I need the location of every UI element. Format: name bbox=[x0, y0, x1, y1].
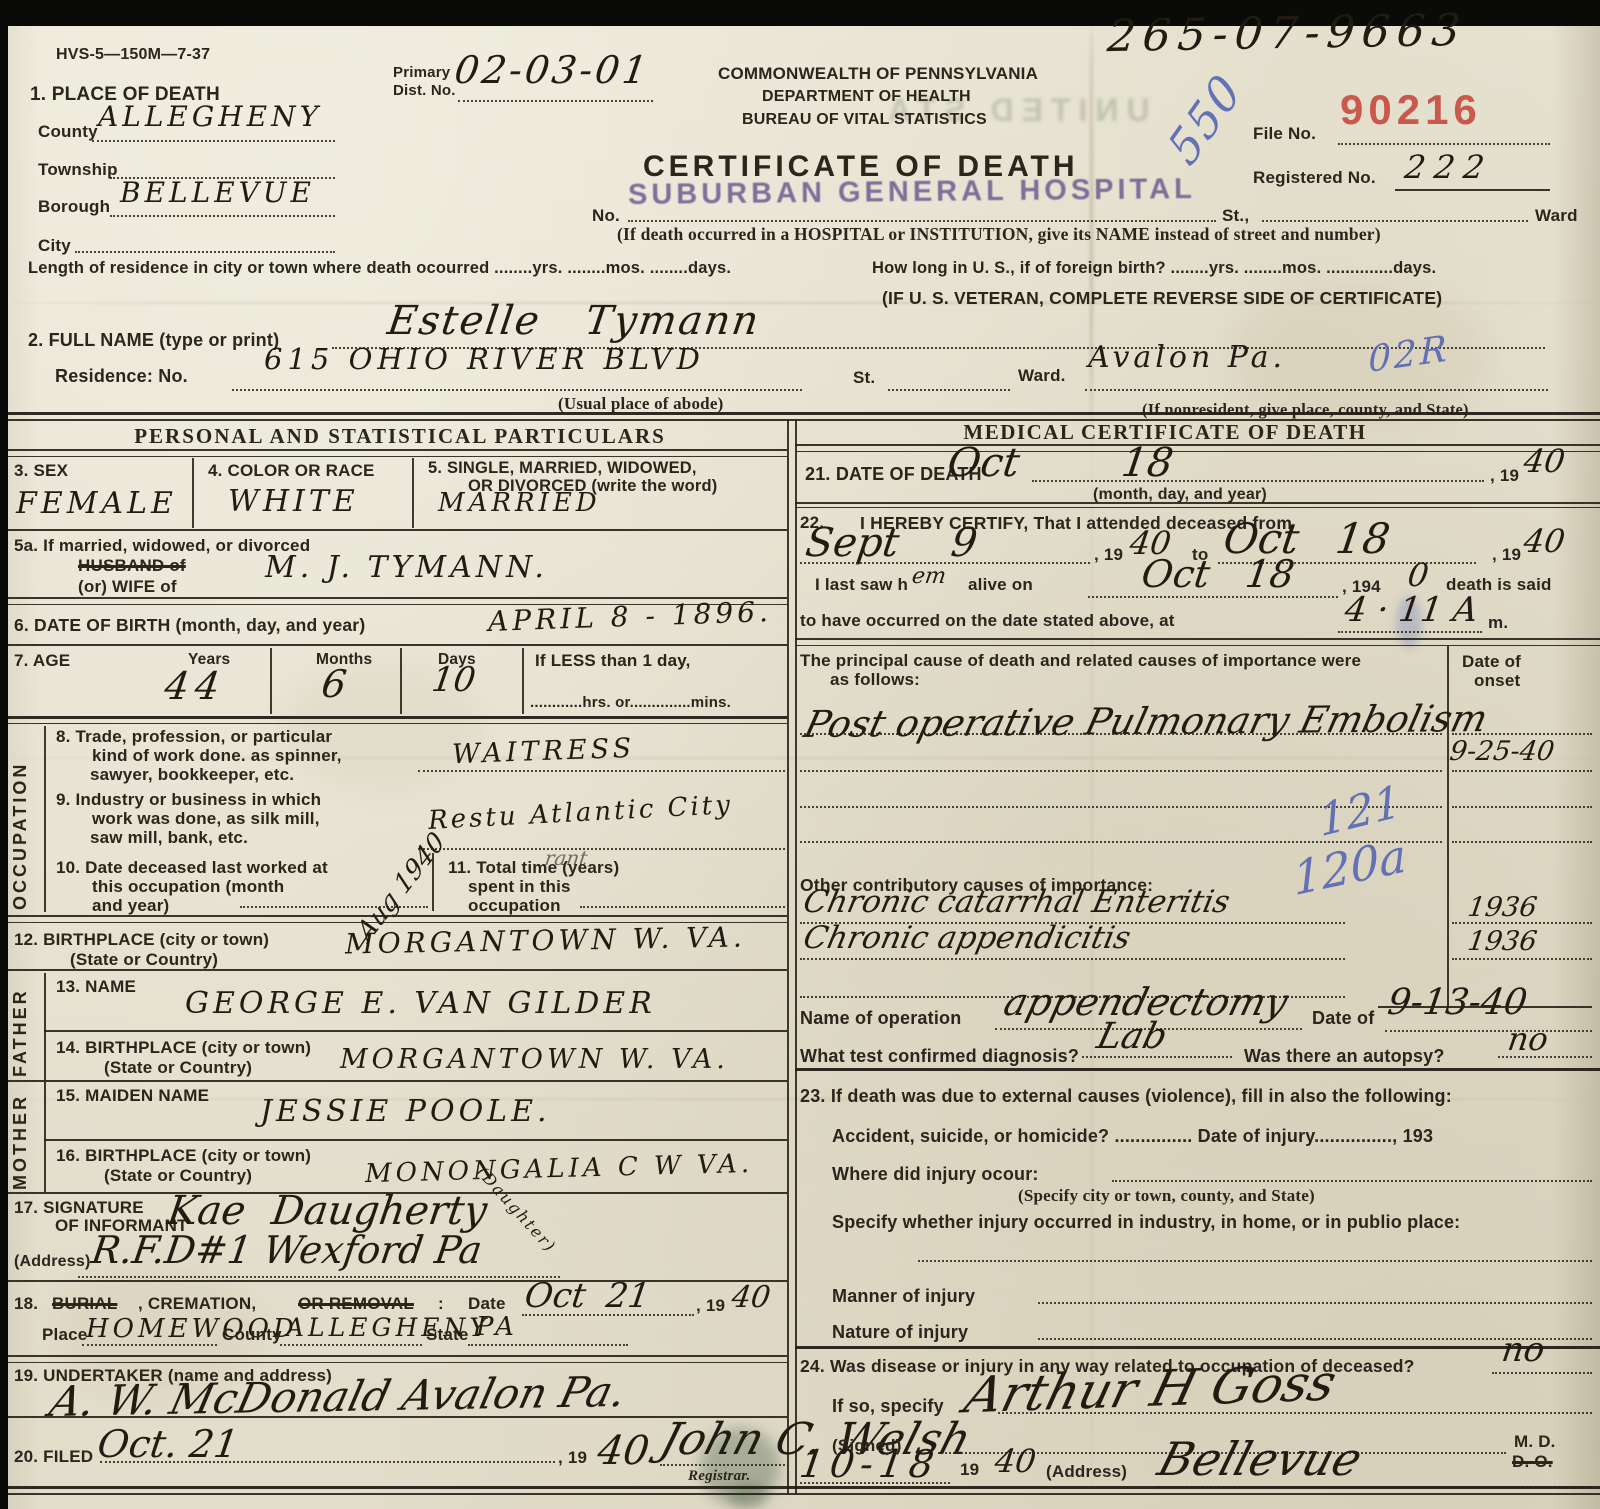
dotted-rule bbox=[800, 770, 1442, 772]
q18-county-label: County bbox=[222, 1325, 282, 1345]
borough-value: BELLEVUE bbox=[120, 176, 315, 209]
length-residence-line: Length of residence in city or town wher… bbox=[28, 259, 731, 278]
dob-label: 6. DATE OF BIRTH (month, day, and year) bbox=[14, 615, 365, 636]
hrs-mins-label: ............hrs. or..............mins. bbox=[530, 694, 731, 711]
cell-divider bbox=[270, 648, 272, 714]
q10-label-3: and year) bbox=[92, 896, 169, 916]
dotted-rule bbox=[1452, 770, 1592, 772]
dotted-rule bbox=[1082, 1056, 1232, 1058]
dotted-rule bbox=[800, 733, 1442, 735]
death-year-hand: 40 bbox=[1521, 442, 1567, 480]
q9-label-2: work was done, as silk mill, bbox=[92, 809, 320, 829]
dotted-rule bbox=[418, 848, 785, 850]
rule bbox=[795, 1346, 1600, 1349]
rule bbox=[8, 1080, 787, 1082]
burial-date-value: Oct 21 bbox=[522, 1276, 652, 1316]
rule bbox=[795, 1068, 1600, 1071]
informant-address-value: R.F.D#1 Wexford Pa bbox=[89, 1228, 485, 1272]
occupation-bracket bbox=[44, 726, 46, 912]
cause-label-1: The principal cause of death and related… bbox=[800, 651, 1361, 671]
rule bbox=[44, 1139, 787, 1141]
onset-label-2: onset bbox=[1474, 671, 1520, 691]
rule bbox=[8, 716, 787, 719]
q8-label-1: 8. Trade, profession, or particular bbox=[56, 727, 332, 747]
husband-of-label-struck: HUSBAND of bbox=[78, 556, 186, 576]
operation-label: Name of operation bbox=[800, 1008, 961, 1029]
personal-section-title: PERSONAL AND STATISTICAL PARTICULARS bbox=[130, 424, 670, 449]
strike-rule bbox=[1378, 1006, 1592, 1008]
ward-label: Ward bbox=[1535, 206, 1578, 226]
q20-label: 20. FILED bbox=[14, 1447, 93, 1467]
sign-date-value: 10-18 bbox=[797, 1442, 943, 1486]
dotted-rule bbox=[75, 251, 335, 253]
autopsy-label: Was there an autopsy? bbox=[1244, 1046, 1445, 1067]
rule bbox=[795, 645, 1600, 646]
primary-dist-value: 02-03-01 bbox=[452, 48, 653, 92]
township-label: Township bbox=[38, 160, 118, 180]
rule bbox=[795, 502, 1600, 504]
rule bbox=[8, 969, 787, 971]
sign-year-print: 19 bbox=[960, 1460, 979, 1480]
dotted-rule bbox=[418, 770, 785, 772]
where-injury-note: (Specify city or town, county, and State… bbox=[1018, 1186, 1315, 1206]
q23-label: 23. If death was due to external causes … bbox=[800, 1086, 1452, 1107]
burial-year-hand: 40 bbox=[730, 1280, 773, 1315]
md-label: M. D. bbox=[1514, 1432, 1556, 1452]
full-name-label: 2. FULL NAME (type or print) bbox=[28, 330, 279, 351]
residence-label: Residence: No. bbox=[55, 366, 188, 387]
father-birthplace-value: MORGANTOWN W. VA. bbox=[340, 1044, 729, 1075]
no-label: No. bbox=[592, 206, 620, 226]
dotted-rule bbox=[800, 958, 1345, 960]
q11-label-3: occupation bbox=[468, 896, 561, 916]
q14-label-2: (State or Country) bbox=[104, 1058, 252, 1078]
dotted-rule bbox=[1452, 841, 1592, 843]
q9-label-1: 9. Industry or business in which bbox=[56, 790, 321, 810]
primary-dist-label: Primary bbox=[393, 64, 450, 81]
spouse-value: M. J. TYMANN. bbox=[265, 550, 548, 585]
cell-divider bbox=[192, 458, 194, 528]
ward-value: Avalon Pa. bbox=[1088, 340, 1286, 375]
trade-value: WAITRESS bbox=[452, 733, 636, 770]
sex-label: 3. SEX bbox=[14, 461, 68, 481]
form-code: HVS-5—150M—7-37 bbox=[56, 46, 210, 64]
rule bbox=[8, 915, 787, 917]
rule bbox=[1395, 189, 1550, 191]
dotted-rule bbox=[1112, 1180, 1592, 1182]
test-label: What test confirmed diagnosis? bbox=[800, 1046, 1079, 1067]
where-injury-label: Where did injury ocour: bbox=[832, 1164, 1039, 1185]
cell-divider bbox=[400, 648, 402, 714]
to-year-hand: 40 bbox=[1521, 522, 1567, 560]
sex-value: FEMALE bbox=[16, 486, 177, 521]
contributory-2-year: 1936 bbox=[1466, 926, 1539, 957]
contributory-1-value: Chronic catarrhal Enteritis bbox=[800, 884, 1233, 920]
autopsy-value: no bbox=[1505, 1020, 1550, 1058]
q11-label-1: 11. Total time (years) bbox=[448, 858, 619, 878]
dotted-rule bbox=[78, 1276, 560, 1278]
rule bbox=[795, 507, 1600, 508]
q11-label-2: spent in this bbox=[468, 877, 571, 897]
bureau-line: BUREAU OF VITAL STATISTICS bbox=[742, 111, 987, 129]
dotted-rule bbox=[1498, 1056, 1592, 1058]
q10-label-1: 10. Date deceased last worked at bbox=[56, 858, 328, 878]
registrar-label: Registrar. bbox=[688, 1468, 750, 1485]
nonresident-note: (If nonresident, give place, county, and… bbox=[1142, 400, 1469, 420]
q14-label-1: 14. BIRTHPLACE (city or town) bbox=[56, 1038, 311, 1058]
st-label-2: St. bbox=[853, 368, 875, 388]
age-label: 7. AGE bbox=[14, 651, 70, 671]
q16-label-1: 16. BIRTHPLACE (city or town) bbox=[56, 1146, 311, 1166]
rule bbox=[8, 449, 787, 451]
dotted-rule bbox=[628, 220, 1216, 222]
city-label: City bbox=[38, 236, 71, 256]
q18-colon: : bbox=[438, 1294, 444, 1314]
death-certificate-scan: UNITED STA HVS-5—150M—7-37 265-07-9663 5… bbox=[0, 0, 1600, 1509]
file-no-stamp: 90216 bbox=[1340, 86, 1482, 134]
department-line: DEPARTMENT OF HEALTH bbox=[762, 88, 971, 106]
dotted-rule bbox=[660, 1464, 785, 1466]
onset-label-1: Date of bbox=[1462, 652, 1521, 672]
rule bbox=[8, 1355, 787, 1357]
dotted-rule bbox=[1088, 596, 1338, 598]
date-of-label: Date of bbox=[1312, 1008, 1374, 1029]
if-less-label: If LESS than 1 day, bbox=[535, 651, 691, 671]
dotted-rule bbox=[1085, 389, 1548, 391]
rule bbox=[795, 451, 1600, 452]
hospital-stamp: SUBURBAN GENERAL HOSPITAL bbox=[628, 173, 1196, 212]
q12-label-1: 12. BIRTHPLACE (city or town) bbox=[14, 930, 269, 950]
mother-maiden-value: JESSIE POOLE. bbox=[260, 1094, 551, 1129]
q18-number: 18. bbox=[14, 1294, 38, 1314]
to-year-print: , 19 bbox=[1492, 545, 1521, 565]
ward-label-2: Ward. bbox=[1018, 366, 1066, 386]
age-days-value: 10 bbox=[429, 660, 478, 700]
q20-year-print: , 19 bbox=[558, 1448, 587, 1468]
dotted-rule bbox=[1038, 1302, 1592, 1304]
cause-label-2: as follows: bbox=[830, 670, 920, 690]
burial-label-struck: BURIAL bbox=[52, 1294, 117, 1314]
cremation-label: , CREMATION, bbox=[138, 1294, 256, 1314]
column-divider bbox=[795, 419, 797, 1494]
dotted-rule bbox=[458, 100, 653, 102]
rule bbox=[8, 529, 787, 531]
burial-state-value: PA bbox=[476, 1312, 518, 1342]
cause-of-death-value: Post operative Pulmonary Embolism bbox=[800, 697, 1492, 746]
rule bbox=[795, 638, 1600, 640]
race-label: 4. COLOR OR RACE bbox=[208, 461, 375, 481]
dotted-rule bbox=[232, 389, 802, 391]
dotted-rule bbox=[1492, 1372, 1592, 1374]
father-vertical-label: FATHER bbox=[10, 985, 31, 1077]
dotted-rule bbox=[522, 1314, 694, 1316]
dotted-rule bbox=[800, 1482, 950, 1484]
mother-bracket bbox=[44, 1082, 46, 1192]
removal-label-struck: OR REMOVAL bbox=[298, 1294, 414, 1314]
q24-value: no bbox=[1499, 1330, 1547, 1370]
q13-label: 13. NAME bbox=[56, 977, 136, 997]
dotted-rule bbox=[888, 389, 1010, 391]
father-bracket bbox=[44, 973, 46, 1081]
physician-address-value: Bellevue bbox=[1152, 1432, 1368, 1486]
operation-date-value: 9-13-40 bbox=[1385, 982, 1530, 1023]
q15-label: 15. MAIDEN NAME bbox=[56, 1086, 209, 1106]
wife-of-label: (or) WIFE of bbox=[78, 577, 177, 597]
mother-vertical-label: MOTHER bbox=[10, 1095, 31, 1190]
dotted-rule bbox=[280, 1344, 422, 1346]
bottom-rule bbox=[8, 1493, 1600, 1495]
do-label-struck: D. O. bbox=[1512, 1452, 1553, 1472]
cell-divider bbox=[522, 648, 524, 714]
dotted-rule bbox=[1452, 733, 1592, 735]
filed-date-value: Oct. 21 bbox=[95, 1422, 241, 1466]
rule bbox=[8, 1280, 787, 1282]
q8-label-2: kind of work done. as spinner, bbox=[92, 746, 342, 766]
cell-divider bbox=[412, 458, 414, 528]
q16-label-2: (State or Country) bbox=[104, 1166, 252, 1186]
dotted-rule bbox=[82, 1344, 217, 1346]
lastsaw-pre: I last saw h bbox=[815, 575, 908, 595]
veteran-note: (IF U. S. VETERAN, COMPLETE REVERSE SIDE… bbox=[882, 288, 1442, 309]
q18-year-print: , 19 bbox=[696, 1296, 725, 1316]
test-value: Lab bbox=[1093, 1016, 1172, 1057]
rule bbox=[795, 444, 1600, 446]
how-long-us-line: How long in U. S., if of foreign birth? … bbox=[872, 259, 1436, 278]
contributory-2-value: Chronic appendicitis bbox=[800, 920, 1134, 956]
dotted-rule bbox=[580, 906, 785, 908]
rule bbox=[8, 456, 787, 457]
dotted-rule bbox=[1032, 480, 1484, 482]
lastsaw-date-value: Oct 18 bbox=[1139, 552, 1297, 596]
borough-label: Borough bbox=[38, 197, 110, 217]
residence-value: 615 OHIO RIVER BLVD bbox=[264, 342, 705, 376]
st-label: St., bbox=[1222, 206, 1249, 226]
q21-year-print: , 19 bbox=[1490, 466, 1519, 486]
manner-of-injury-label: Manner of injury bbox=[832, 1286, 975, 1307]
father-name-value: GEORGE E. VAN GILDER bbox=[185, 986, 656, 1021]
registered-no-label: Registered No. bbox=[1253, 168, 1376, 188]
rule bbox=[44, 1030, 787, 1032]
dotted-rule bbox=[1452, 958, 1592, 960]
sign-year-hand: 40 bbox=[992, 1442, 1038, 1480]
county-value: ALLEGHENY bbox=[98, 100, 322, 133]
county-label: County bbox=[38, 122, 98, 142]
q8-label-3: sawyer, bookkeeper, etc. bbox=[90, 765, 294, 785]
certificate-number-handwritten: 265-07-9663 bbox=[1105, 5, 1469, 62]
marital-label-1: 5. SINGLE, MARRIED, WIDOWED, bbox=[428, 459, 697, 478]
occupation-vertical-label: OCCUPATION bbox=[10, 748, 31, 910]
dotted-rule bbox=[1338, 143, 1550, 145]
attended-from-value: Sept 9 bbox=[803, 520, 980, 566]
dotted-rule bbox=[92, 140, 335, 142]
q10-label-2: this occupation (month bbox=[92, 877, 284, 897]
death-time-value: 4 · 11 A bbox=[1342, 590, 1480, 630]
from-year-print: , 19 bbox=[1094, 545, 1123, 565]
rule bbox=[8, 1362, 787, 1363]
occurred-line: to have occurred on the date stated abov… bbox=[800, 611, 1175, 631]
race-value: WHITE bbox=[228, 484, 359, 519]
q18-place-label: Place bbox=[42, 1325, 87, 1345]
section-rule bbox=[8, 412, 1600, 415]
specify-injury-label: Specify whether injury occurred in indus… bbox=[832, 1212, 1460, 1233]
address-label: (Address) bbox=[1046, 1462, 1127, 1482]
dotted-rule bbox=[918, 1260, 1592, 1262]
file-no-label: File No. bbox=[1253, 124, 1316, 144]
dotted-rule bbox=[100, 1461, 555, 1463]
age-years-value: 44 bbox=[162, 664, 229, 708]
informant-address-label: (Address) bbox=[14, 1253, 90, 1271]
q9-label-3: saw mill, bank, etc. bbox=[90, 828, 248, 848]
cell-divider bbox=[432, 853, 434, 911]
primary-dist-label2: Dist. No. bbox=[393, 82, 456, 99]
rule bbox=[8, 723, 787, 724]
dotted-rule bbox=[240, 906, 428, 908]
full-name-value: Estelle Tymann bbox=[385, 298, 763, 344]
dotted-rule bbox=[110, 215, 335, 217]
rule bbox=[8, 644, 787, 646]
accident-line: Accident, suicide, or homicide? ........… bbox=[832, 1126, 1433, 1147]
dotted-rule bbox=[1262, 220, 1528, 222]
abode-note: (Usual place of abode) bbox=[558, 394, 723, 414]
column-divider bbox=[787, 419, 789, 1494]
dotted-rule bbox=[468, 1344, 628, 1346]
if-so-specify-label: If so, specify bbox=[832, 1396, 944, 1417]
dotted-rule bbox=[1385, 1030, 1592, 1032]
dotted-rule bbox=[1452, 806, 1592, 808]
marital-value: MARRIED bbox=[438, 488, 601, 518]
lastsaw-hand-insert: em bbox=[910, 564, 947, 589]
filed-year-hand: 40 bbox=[595, 1428, 652, 1474]
q17-label-1: 17. SIGNATURE bbox=[14, 1198, 144, 1218]
contributory-1-year: 1936 bbox=[1466, 892, 1539, 923]
dotted-rule bbox=[1452, 922, 1592, 924]
commonwealth-line: COMMONWEALTH OF PENNSYLVANIA bbox=[718, 64, 1038, 84]
dotted-rule bbox=[1338, 631, 1482, 633]
nature-of-injury-label: Nature of injury bbox=[832, 1322, 968, 1343]
cause-onset-value: 9-25-40 bbox=[1448, 736, 1556, 767]
hospital-note: (If death occurred in a HOSPITAL or INST… bbox=[617, 224, 1381, 245]
m-label: m. bbox=[1488, 613, 1508, 633]
registered-no-value: 222 bbox=[1402, 148, 1495, 186]
q12-label-2: (State or Country) bbox=[70, 950, 218, 970]
birthplace-value: MORGANTOWN W. VA. bbox=[345, 921, 746, 961]
bottom-rule bbox=[8, 1486, 1600, 1489]
lastsaw-post: alive on bbox=[968, 575, 1033, 595]
q18-date-label: Date bbox=[468, 1294, 506, 1314]
q18-state-label: State bbox=[426, 1325, 469, 1345]
